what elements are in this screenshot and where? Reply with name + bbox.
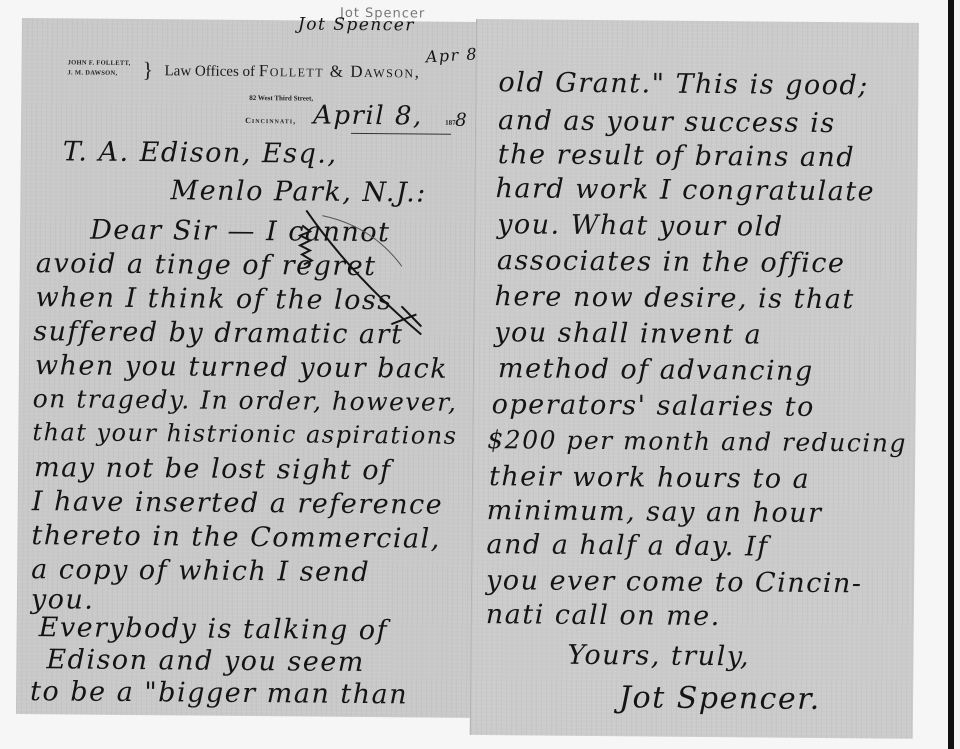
letter-line: to be a "bigger man than [30,676,408,710]
letter-line: old Grant." This is good; [498,67,869,101]
handwritten-date: April 8, [313,101,423,132]
printed-year: 187 [445,119,456,127]
letter-sheet: Jot Spencer Jot Spencer Apr 8, 1878 JOHN… [16,18,918,722]
partner-name: J. M. DAWSON, [67,68,130,79]
letter-line: Everybody is talking of [39,612,389,646]
letter-line: minimum, say an hour [487,495,823,529]
letter-line: you. What your old [497,209,784,242]
letter-line: hard work I congratulate [495,173,875,207]
letter-line: nati call on me. [486,599,721,632]
date-underline [351,133,451,135]
left-page: Jot Spencer Jot Spencer Apr 8, 1878 JOHN… [16,18,476,718]
letter-line: their work hours to a [489,461,810,495]
letter-line: a copy of which I send [31,554,370,588]
letter-line: when you turned your back [35,350,448,385]
letter-line: may not be lost sight of [34,452,392,486]
letterhead-firm: Law Offices of Follett & Dawson, [164,60,420,82]
letter-line: you. [31,584,95,616]
firm-prefix: Law Offices of [164,63,255,80]
letter-line: you ever come to Cincin- [486,565,863,599]
letter-line: here now desire, is that [494,281,855,315]
ink-annotation-name: Jot Spencer [298,14,415,35]
letter-line: Edison and you seem [46,644,365,678]
signature: Jot Spencer. [619,680,821,717]
letterhead-city: Cincinnati, [245,116,296,125]
letter-closing: Yours, truly, [567,640,750,673]
letter-line: and as your success is [498,105,836,139]
letter-line: I have inserted a reference [32,486,444,521]
ink-scribble-mark [291,205,432,336]
letter-line: that your histrionic aspirations [32,418,457,450]
letter-line: thereto in the Commercial, [31,520,441,555]
letterhead-partners: JOHN F. FOLLETT, J. M. DAWSON, [67,58,130,79]
letter-line: operators' salaries to [492,389,815,423]
partner-name: JOHN F. FOLLETT, [68,58,131,69]
right-page: old Grant." This is good; and as your su… [470,19,919,739]
handwritten-year-digit: 8 [455,110,468,131]
letter-line: and a half a day. If [486,529,769,562]
letter-line: the result of brains and [498,139,856,173]
letter-line: method of advancing [498,353,814,387]
letter-line: $200 per month and reducing [487,425,907,458]
letter-line: associates in the office [497,245,846,279]
letter-line: T. A. Edison, Esq., [63,136,338,169]
letter-line: Menlo Park, N.J.: [170,175,427,208]
scanner-edge [948,0,954,749]
letter-line: you shall invent a [494,317,762,350]
letterhead-address: 82 West Third Street, [249,94,313,103]
firm-name: Follett & Dawson, [259,61,421,81]
brace-glyph: } [142,57,153,83]
letter-line: on tragedy. In order, however, [33,384,458,417]
